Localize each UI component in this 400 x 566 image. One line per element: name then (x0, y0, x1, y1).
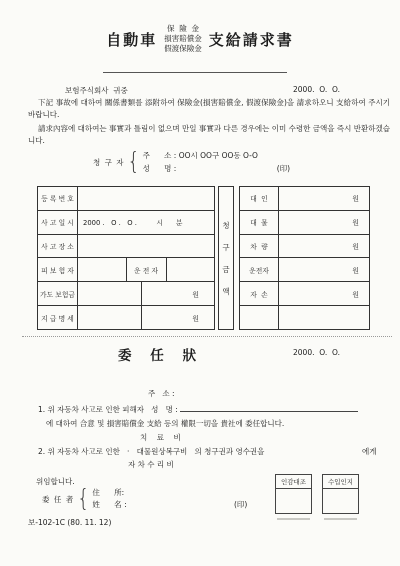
row-label-self-injury: 자 손 (240, 282, 278, 305)
claim-amount-char-1: 청 (222, 220, 229, 231)
table-row-provisional-payment: 가도 보험금 원 (38, 281, 214, 305)
poa-address-label: 주 소 : (148, 388, 175, 399)
table-row-bodily-injury: 대 인 원 (240, 187, 369, 210)
row-value-provisional-payment[interactable] (77, 282, 141, 305)
row-value-registration[interactable] (77, 187, 214, 210)
row-label-payment-detail: 지 급 명 세 (38, 306, 77, 329)
row-label-vehicle: 차 량 (240, 235, 278, 258)
claimant-address-line: 주 소 : OO시 OO구 OO동 O-O (143, 149, 290, 162)
section-divider-dotted (22, 336, 392, 337)
claim-table-right: 대 인 원 대 물 원 차 량 원 운전자 원 자 손 원 (239, 186, 370, 330)
revenue-stamp-underline (324, 518, 357, 520)
claim-amount-char-3: 금 (222, 264, 229, 275)
seal-check-box: 인감대조 (275, 474, 312, 514)
claimant-name-label: 성 명 : (143, 164, 179, 173)
delegator-label: 委 任 者 (42, 494, 74, 505)
seal-check-underline (277, 518, 310, 520)
poa-item1-line2: 에 대하여 合意 및 損害賠償金 支給 등의 權限一切을 貴社에 委任합니다. (46, 418, 284, 429)
claimant-seal-mark: (印) (277, 164, 290, 173)
row-unit-vehicle[interactable]: 원 (278, 235, 369, 258)
claim-amount-char-4: 액 (222, 286, 229, 297)
seal-check-label: 인감대조 (276, 475, 311, 489)
table-row-self-injury: 자 손 원 (240, 281, 369, 305)
title-type-insurance: 保 險 金 (167, 24, 199, 34)
title-prefix: 自動車 (106, 29, 157, 50)
table-row-property-damage: 대 물 원 (240, 210, 369, 234)
delegator-name-label: 姓 名 : (92, 500, 129, 509)
claim-amount-char-2: 구 (222, 242, 229, 253)
title-type-stack: 保 險 金 損害賠償金 假渡保險金 (164, 24, 202, 54)
claimant-label: 청 구 자 (93, 157, 125, 168)
poa-item2-option-top: 치 료 비 (140, 432, 181, 443)
row-label-property-damage: 대 물 (240, 211, 278, 234)
claimant-address-value: OO시 OO구 OO동 O-O (179, 151, 258, 160)
poa-item1-text: 1. 위 자동차 사고로 인한 피해자 성 명 : (38, 405, 180, 414)
recipient-line: 보험주식회사 귀중 (65, 85, 128, 96)
revenue-stamp-box: 수입인지 (322, 474, 359, 514)
poa-closing: 위임합니다. (36, 476, 75, 487)
claimant-brace: { (128, 148, 140, 176)
row-label-provisional-payment: 가도 보험금 (38, 282, 77, 305)
poa-item2-option-bottom: 자 차 수 리 비 (128, 459, 174, 470)
row-unit-blank (278, 306, 369, 329)
row-unit-bodily-injury[interactable]: 원 (278, 187, 369, 210)
title-suffix: 支給請求書 (209, 29, 294, 50)
delegator-address-line: 住 所: (92, 487, 247, 499)
delegator-block: 委 任 者 { 住 所: 姓 名 : (印) (42, 487, 247, 511)
claim-amount-vertical-label: 청 구 금 액 (218, 186, 234, 330)
claimant-name-line: 성 명 : (印) (143, 162, 290, 175)
row-value-accident-place[interactable] (77, 235, 214, 258)
form-number: 보-102-1C (80. 11. 12) (28, 517, 111, 528)
row-label-driver-amount: 운전자 (240, 258, 278, 281)
poa-item1-line1: 1. 위 자동차 사고로 인한 피해자 성 명 : (38, 403, 358, 415)
poa-item2-tail: 에게 (362, 446, 377, 457)
row-value-insured[interactable] (77, 258, 126, 281)
revenue-stamp-label: 수입인지 (323, 475, 358, 489)
body-paragraph-1: 下記 事故에 대하여 關係書類를 添附하여 保險金(損害賠償金, 假渡保險金)을… (28, 97, 390, 121)
claim-table-left: 등 록 번 호 사 고 일 시 2000 . O . O . 시 분 사 고 장… (37, 186, 215, 330)
row-unit-self-injury[interactable]: 원 (278, 282, 369, 305)
table-row-blank (240, 305, 369, 329)
request-date: 2000. O. O. (293, 85, 340, 94)
row-label-blank (240, 306, 278, 329)
row-unit-provisional-payment: 원 (141, 282, 215, 305)
claimant-block: 청 구 자 { 주 소 : OO시 OO구 OO동 O-O 성 명 : (印) (93, 149, 290, 175)
delegator-address-label: 住 所: (92, 488, 126, 497)
row-value-payment-detail[interactable] (77, 306, 141, 329)
poa-title: 委 任 狀 (118, 344, 196, 364)
table-row-payment-detail: 지 급 명 세 원 (38, 305, 214, 329)
table-row-driver-amount: 운전자 원 (240, 257, 369, 281)
row-value-driver[interactable] (166, 258, 215, 281)
claimant-address-label: 주 소 : (143, 151, 179, 160)
body-paragraph-2: 請求內容에 대하여는 事實과 틀림이 없으며 만일 事實과 다른 경우에는 이미… (28, 123, 390, 147)
title-underline (103, 72, 287, 73)
table-row-vehicle: 차 량 원 (240, 234, 369, 258)
title-type-provisional: 假渡保險金 (164, 44, 202, 54)
row-label-accident-place: 사 고 장 소 (38, 235, 77, 258)
title-type-damages: 損害賠償金 (164, 34, 202, 44)
table-row-insured: 피 보 험 자 운 전 자 (38, 257, 214, 281)
form-title: 自動車 保 險 金 損害賠償金 假渡保險金 支給請求書 (0, 24, 400, 54)
table-row-accident-place: 사 고 장 소 (38, 234, 214, 258)
table-row-accident-datetime: 사 고 일 시 2000 . O . O . 시 분 (38, 210, 214, 234)
poa-date: 2000. O. O. (293, 348, 340, 357)
form-page: 自動車 保 險 金 損害賠償金 假渡保險金 支給請求書 보험주식회사 귀중 20… (0, 0, 400, 566)
row-value-accident-datetime[interactable]: 2000 . O . O . 시 분 (77, 211, 214, 234)
delegator-seal-mark: (印) (234, 500, 247, 509)
table-row-registration: 등 록 번 호 (38, 187, 214, 210)
row-label-driver: 운 전 자 (126, 258, 166, 281)
row-label-accident-datetime: 사 고 일 시 (38, 211, 77, 234)
poa-item2-line: 2. 위 자동차 사고로 인한 · 대물원상복구비 의 청구권과 영수권을 (38, 446, 264, 457)
row-unit-payment-detail: 원 (141, 306, 215, 329)
row-label-bodily-injury: 대 인 (240, 187, 278, 210)
row-unit-property-damage[interactable]: 원 (278, 211, 369, 234)
delegator-brace: { (77, 485, 89, 513)
poa-victim-name-field[interactable] (180, 403, 358, 412)
row-unit-driver-amount[interactable]: 원 (278, 258, 369, 281)
delegator-name-line: 姓 名 : (印) (92, 499, 247, 511)
row-label-insured: 피 보 험 자 (38, 258, 77, 281)
row-label-registration: 등 록 번 호 (38, 187, 77, 210)
